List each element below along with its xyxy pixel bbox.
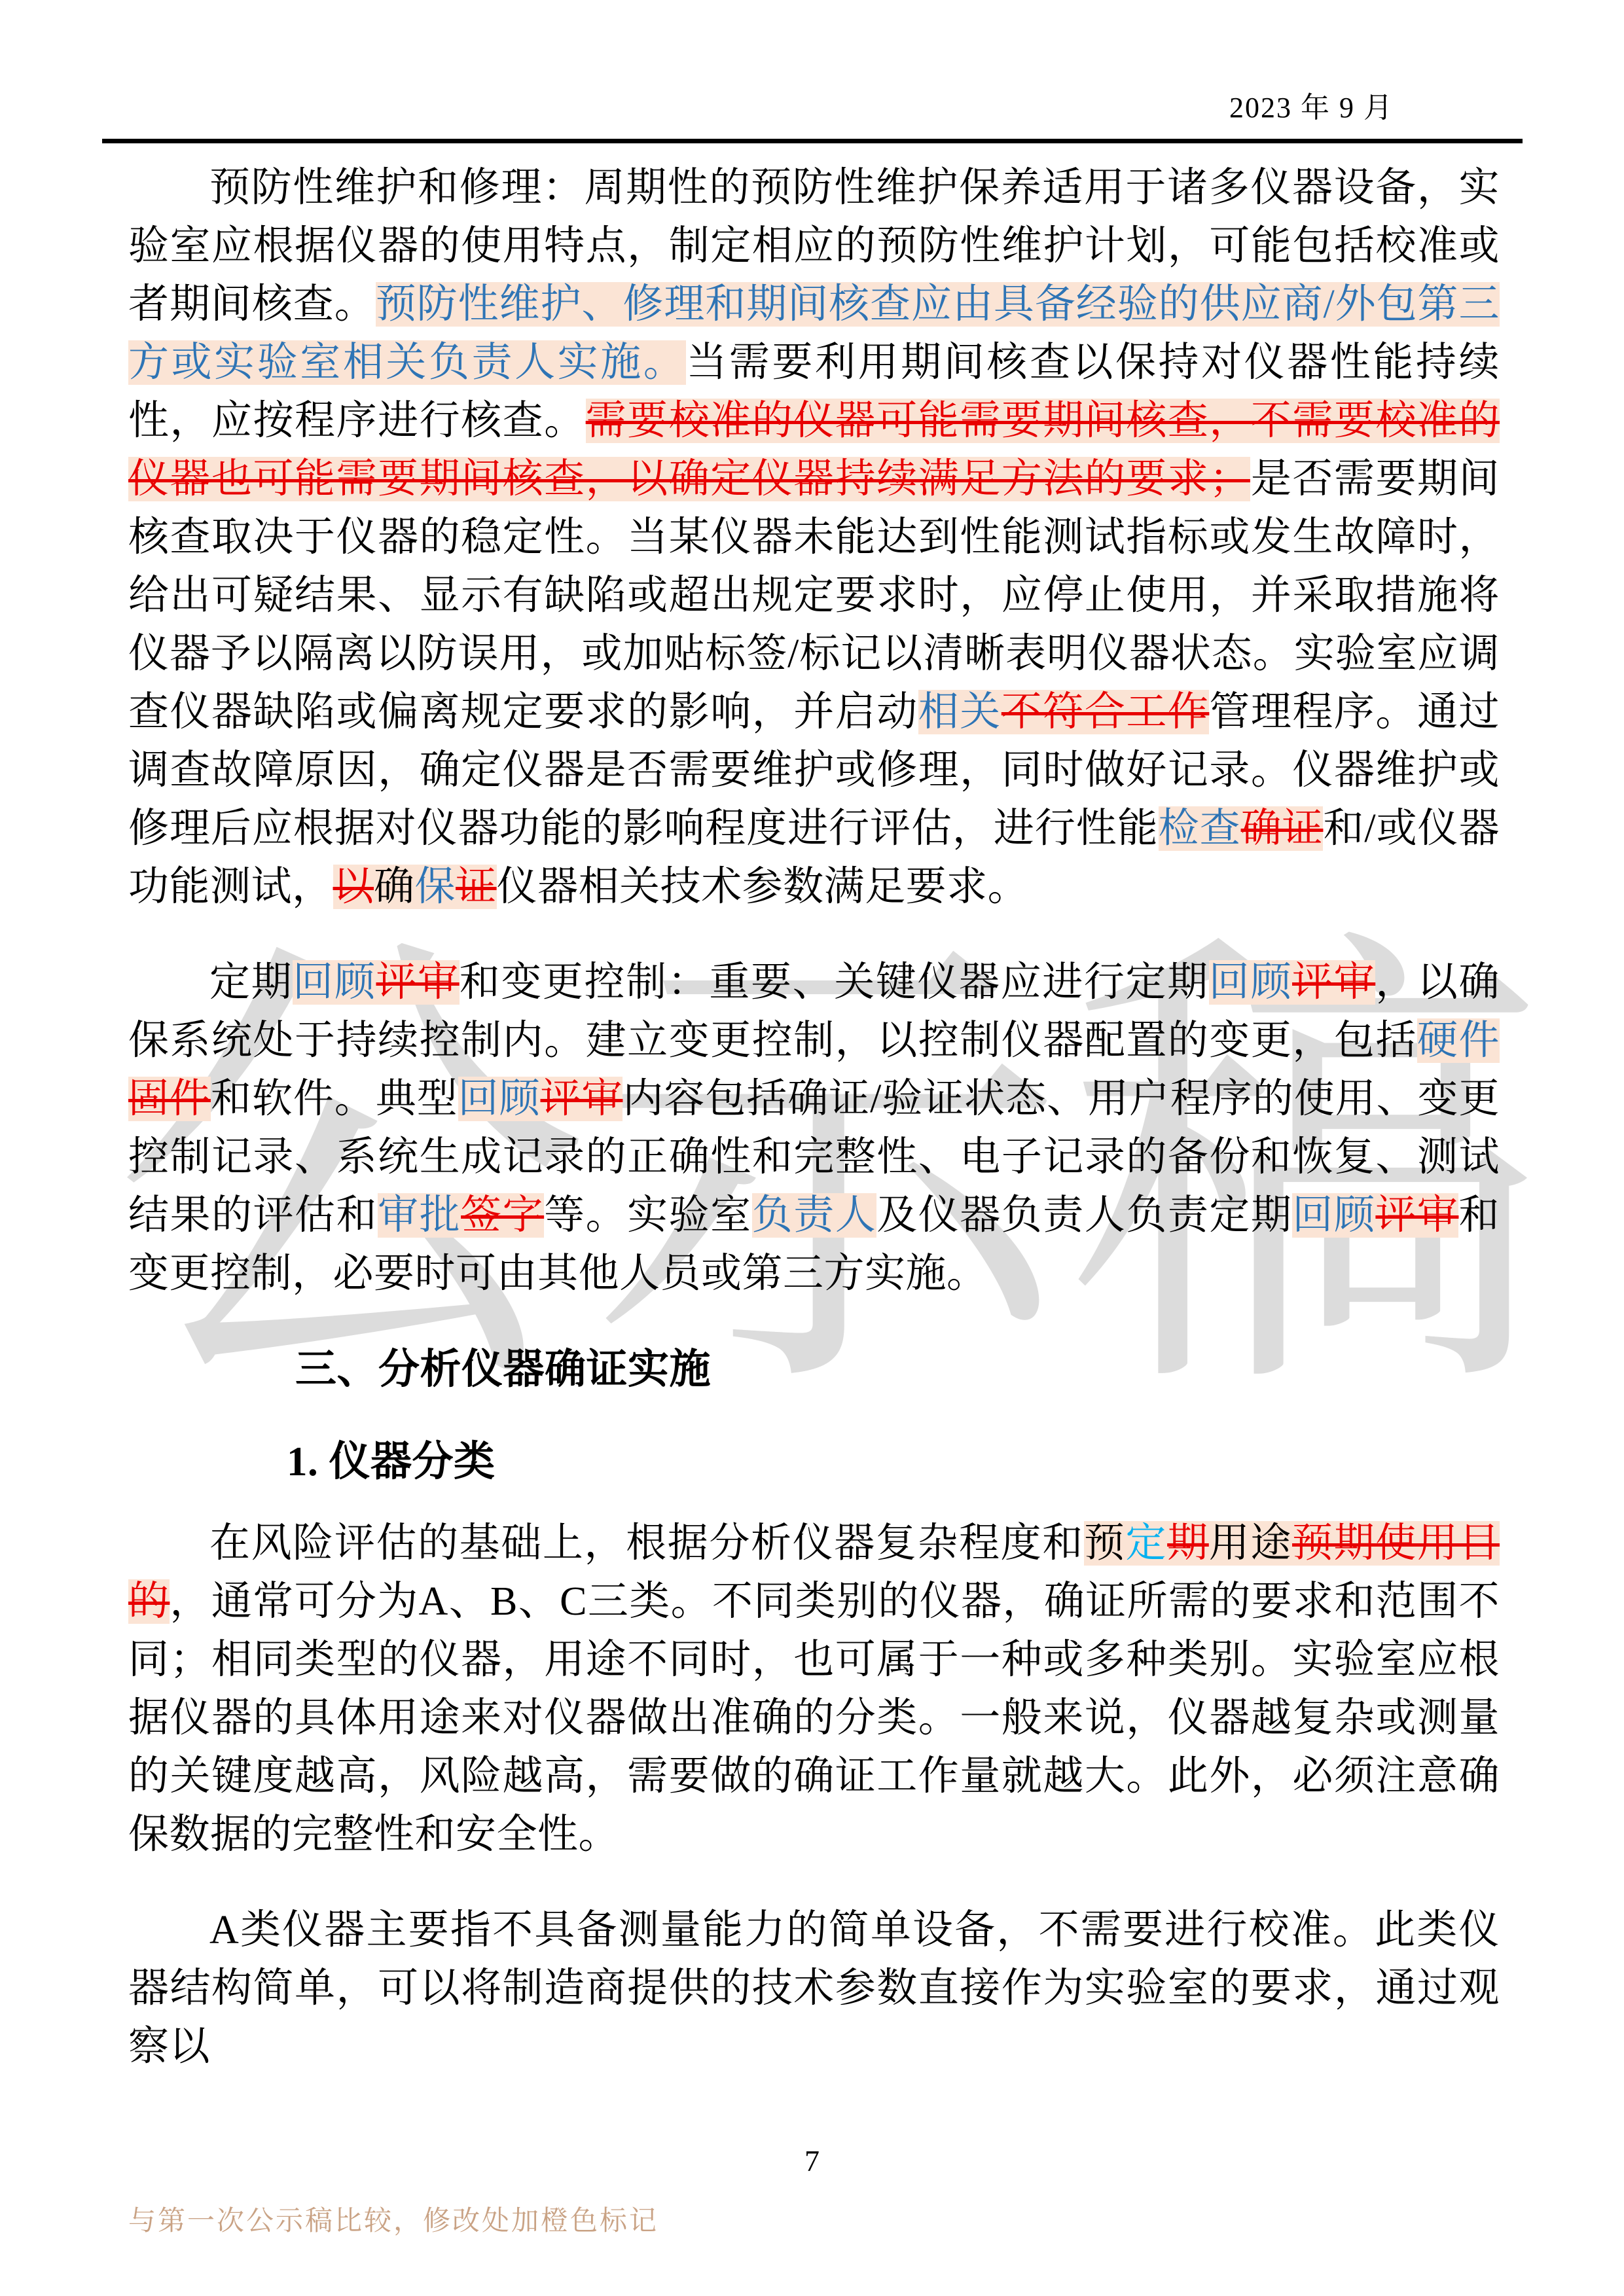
header-rule <box>102 139 1523 143</box>
deleted-text: 评审 <box>376 960 459 1005</box>
inserted-text: 检查 <box>1159 806 1241 851</box>
highlighted-text: 确 <box>374 865 415 909</box>
document-page: 2023 年 9 月 公示稿 预防性维护和修理：周期性的预防性维护保养适用于诸多… <box>0 0 1624 2296</box>
sub-heading: 1. 仪器分类 <box>128 1433 1500 1491</box>
highlighted-text: 预 <box>1084 1521 1126 1566</box>
header-date: 2023 年 9 月 <box>105 84 1394 126</box>
paragraph: A类仪器主要指不具备测量能力的简单设备，不需要进行校准。此类仪器结构简单，可以将… <box>128 1901 1500 2076</box>
inserted-text: 负责人 <box>752 1193 877 1238</box>
page-number: 7 <box>0 2144 1624 2178</box>
footer-note: 与第一次公示稿比较，修改处加橙色标记 <box>128 2199 659 2238</box>
inserted-text: 硬件 <box>1417 1018 1500 1063</box>
body-text: 等。实验室 <box>544 1193 752 1238</box>
deleted-text: 证 <box>456 865 497 909</box>
section-heading: 三、分析仪器确证实施 <box>128 1340 1500 1399</box>
body-text: A类仪器主要指不具备测量能力的简单设备，不需要进行校准。此类仪器结构简单，可以将… <box>128 1908 1500 2069</box>
body-text: 及仪器负责人负责定期 <box>876 1193 1292 1238</box>
deleted-text: 期 <box>1167 1521 1209 1566</box>
paragraph: 预防性维护和修理：周期性的预防性维护保养适用于诸多仪器设备，实验室应根据仪器的使… <box>128 159 1500 916</box>
body-text: 定期 <box>209 960 293 1005</box>
deleted-text: 评审 <box>1375 1193 1458 1238</box>
body-text: 和软件。典型 <box>211 1077 458 1121</box>
inserted-text: 保 <box>415 865 456 909</box>
deleted-text: 评审 <box>541 1077 623 1121</box>
deleted-text: 签字 <box>461 1193 544 1238</box>
paragraph: 在风险评估的基础上，根据分析仪器复杂程度和预定期用途预期使用目的，通常可分为A、… <box>128 1515 1500 1864</box>
deleted-text: 固件 <box>128 1077 211 1121</box>
inserted-text: 回顾 <box>458 1077 541 1121</box>
inserted-text: 回顾 <box>1292 1193 1375 1238</box>
inserted-text: 相关 <box>918 690 1001 734</box>
body-text: 和变更控制：重要、关键仪器应进行定期 <box>460 960 1209 1005</box>
highlighted-text: 用途 <box>1209 1521 1292 1566</box>
body-text: 在风险评估的基础上，根据分析仪器复杂程度和 <box>209 1521 1084 1566</box>
inserted-text: 回顾 <box>293 960 376 1005</box>
deleted-text: 评审 <box>1292 960 1375 1005</box>
body-text: 仪器相关技术参数满足要求。 <box>497 865 1029 909</box>
deleted-text: 以 <box>333 865 374 909</box>
paragraph: 定期回顾评审和变更控制：重要、关键仪器应进行定期回顾评审，以确保系统处于持续控制… <box>128 954 1500 1303</box>
deleted-text: 不符合工作 <box>1001 690 1210 734</box>
inserted-text: 定 <box>1126 1521 1168 1566</box>
inserted-text: 回顾 <box>1209 960 1292 1005</box>
content: 预防性维护和修理：周期性的预防性维护保养适用于诸多仪器设备，实验室应根据仪器的使… <box>128 159 1500 2113</box>
deleted-text: 确证 <box>1241 806 1324 851</box>
inserted-text: 审批 <box>378 1193 461 1238</box>
body-text: ，通常可分为A、B、C三类。不同类别的仪器，确证所需的要求和范围不同；相同类型的… <box>128 1579 1500 1857</box>
